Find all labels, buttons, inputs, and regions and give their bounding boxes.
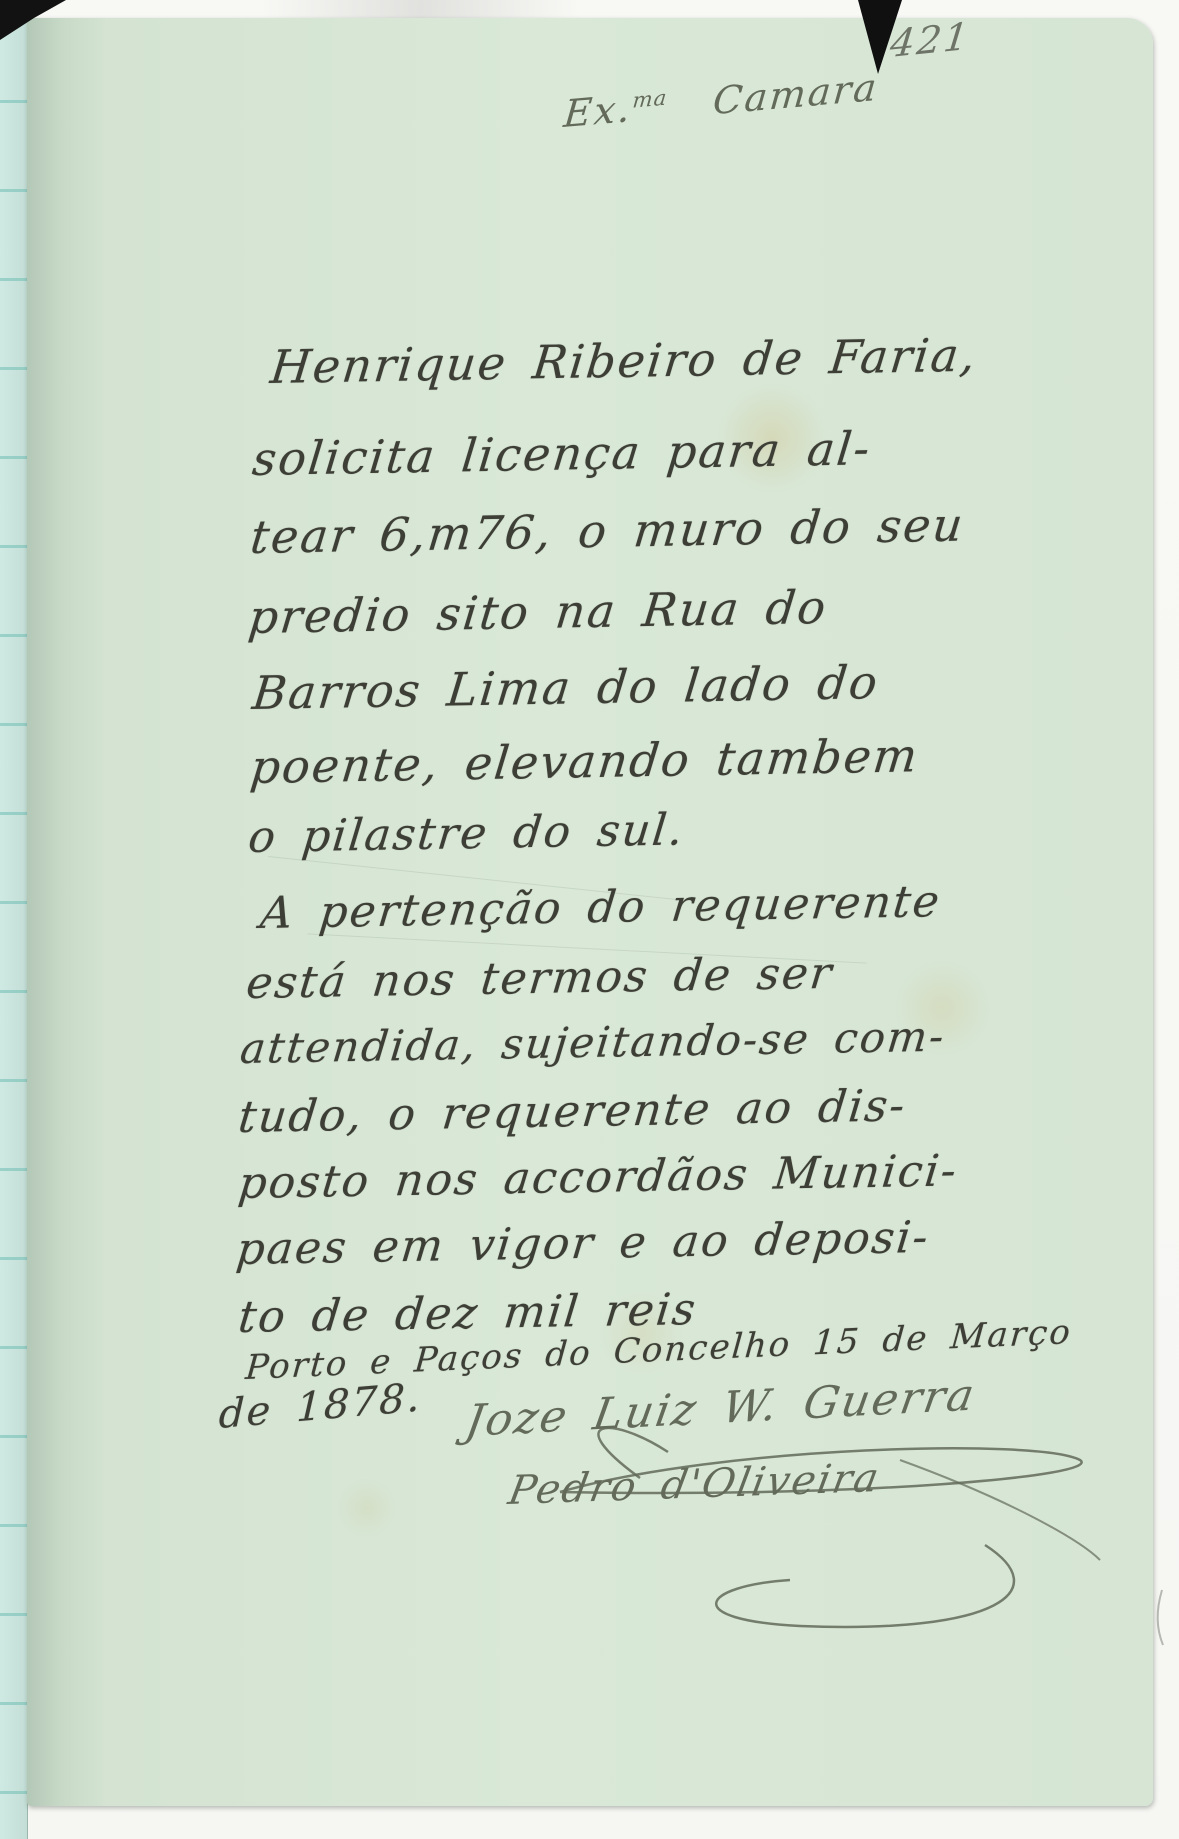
page-number: 421 bbox=[888, 14, 973, 66]
scanned-manuscript: { "document": { "page_number": "421", "s… bbox=[0, 0, 1179, 1839]
manuscript-line: predio sito na Rua do bbox=[246, 580, 830, 644]
salutation-superscript: ma bbox=[632, 86, 669, 113]
manuscript-line: Barros Lima do lado do bbox=[250, 655, 882, 720]
manuscript-line: solicita licença para al- bbox=[250, 421, 874, 486]
salutation-gap bbox=[665, 114, 712, 118]
manuscript-line: está nos termos de ser bbox=[244, 948, 836, 1009]
facing-page-edge bbox=[0, 14, 28, 1839]
salutation-prefix: Ex. bbox=[562, 86, 634, 136]
manuscript-line: o pilastre do sul. bbox=[246, 804, 687, 863]
